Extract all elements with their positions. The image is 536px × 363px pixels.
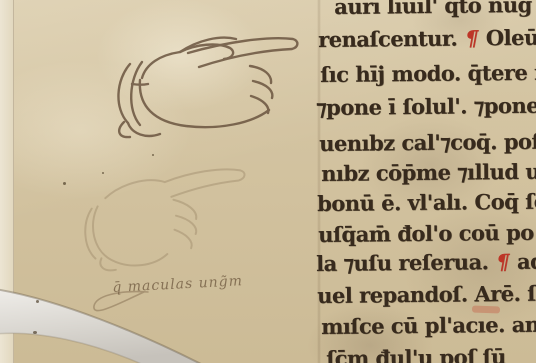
manuscript-line: renaſcentur. ¶ Oleū u — [318, 24, 536, 52]
line-text: aurı lıuıl' q̄to nug̃ — [334, 0, 532, 19]
parchment-speck — [63, 182, 66, 185]
parchment-speck — [152, 154, 154, 156]
parchment-speck — [102, 172, 104, 174]
line-text: uel repandoſ. Arē. ſe⁊ — [317, 280, 536, 308]
manuscript-line: uſq̄am̄ đol'o coū po — [318, 220, 536, 247]
line-text: renaſcentur. — [318, 25, 464, 52]
manuscript-line: ⁊pone ī ſolul'. ⁊pone — [316, 93, 536, 120]
line-text: mıſce cū pl'acıe. annı — [321, 311, 536, 339]
line-text: ⁊pone ī ſolul'. ⁊pone — [316, 93, 536, 120]
line-text: ſıc hīj modo. q̄tere ſem̄ — [320, 59, 536, 87]
faint-pointing-hand-icon — [70, 157, 264, 276]
line-text: bonū ē. vl'alı. Coq̄ ſe — [317, 189, 536, 216]
manuscript-line: bonū ē. vl'alı. Coq̄ ſe — [317, 189, 536, 216]
faded-rubric-mark — [472, 306, 500, 314]
paraph-mark: ¶ — [495, 249, 510, 274]
manuscript-line: ſıc hīj modo. q̄tere ſem̄ — [320, 59, 536, 87]
line-text: ſc̄m đul'u poſ ſū — [326, 344, 506, 363]
line-text: uſq̄am̄ đol'o coū po — [318, 220, 534, 247]
line-text: la ⁊uſu reſerua. — [316, 249, 495, 276]
pointing-hand-icon — [102, 22, 302, 140]
line-text: nıbz cōp̄me ⁊ıllud u — [321, 159, 536, 186]
parchment-speck — [36, 300, 39, 303]
page-edge-strip — [0, 0, 14, 363]
manuscript-line: mıſce cū pl'acıe. annı — [321, 311, 536, 339]
line-text: uenıbz cal'⁊coq̄. poſte — [319, 128, 536, 156]
paraph-mark — [532, 0, 534, 17]
paraph-mark — [506, 344, 508, 363]
manuscript-line: aurı lıuıl' q̄to nug̃ — [334, 0, 534, 19]
manuscript-line: la ⁊uſu reſerua. ¶ ad — [316, 249, 536, 276]
manuscript-line: uenıbz cal'⁊coq̄. poſte — [319, 128, 536, 156]
line-text: ad — [510, 249, 536, 274]
manuscript-line: nıbz cōp̄me ⁊ıllud u — [321, 159, 536, 186]
parchment-speck — [33, 331, 37, 334]
line-text: Oleū u — [479, 24, 536, 50]
manuscript-line: ſc̄m đul'u poſ ſū — [326, 344, 508, 363]
manuscript-line: uel repandoſ. Arē. ſe⁊ — [317, 280, 536, 308]
paraph-mark: ¶ — [464, 25, 479, 50]
manuscript-photo: q̄ maculas ung̃m aurı lıuıl' q̄to nug̃ r… — [0, 0, 536, 363]
